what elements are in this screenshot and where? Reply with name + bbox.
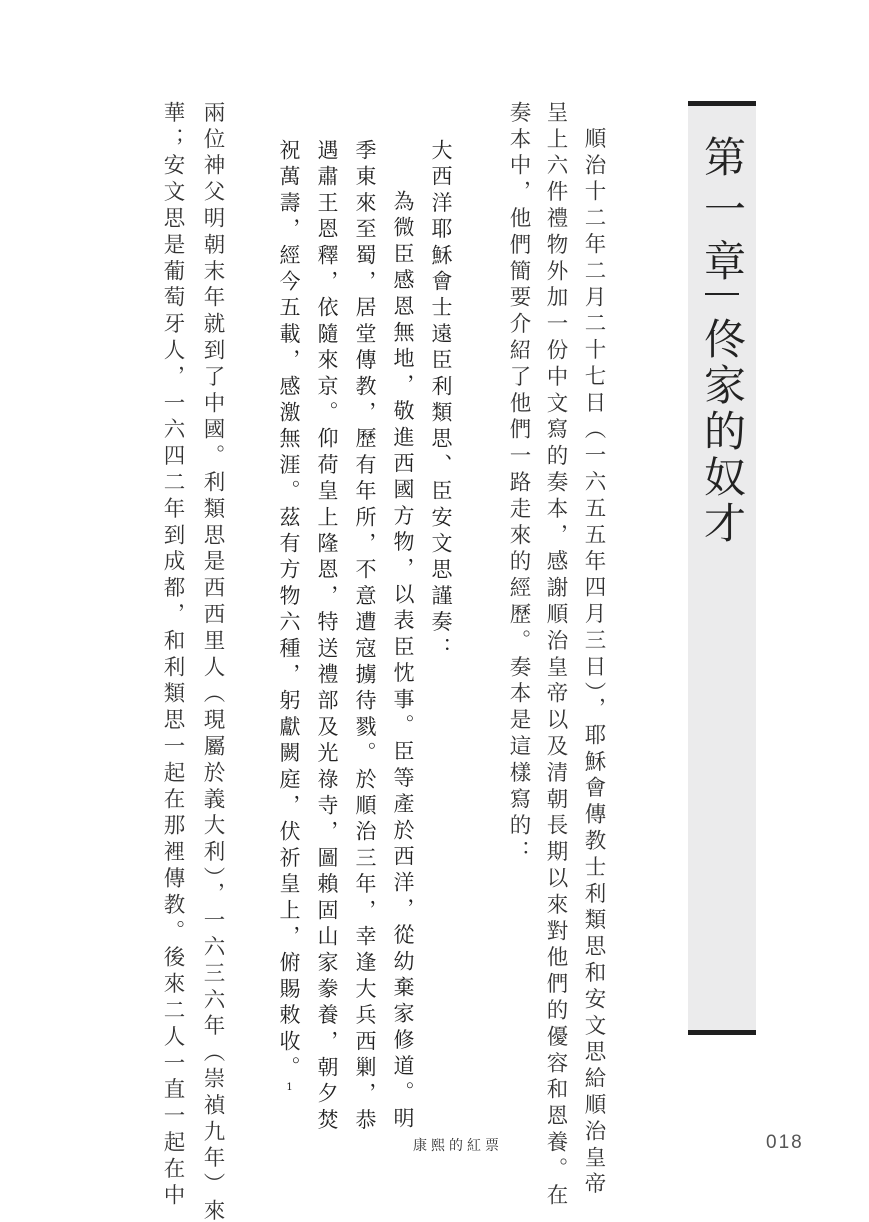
body-paragraph-line-1: 兩位神父明朝末年就到了中國。利類思是西西里人（現屬於義大利），一六三六年（崇禎九… <box>198 101 226 1222</box>
running-footer-book-title: 康熙的紅票 <box>413 1135 503 1155</box>
chapter-top-rule <box>688 101 756 106</box>
memorial-heading-line: 大西洋耶穌會士遠臣利類思、臣安文思謹奏： <box>427 139 455 663</box>
memorial-line-3: 遇肅王恩釋，依隨來京。仰荷皇上隆恩，特送禮部及光祿寺，圖賴固山家豢養，朝夕焚 <box>313 139 341 1135</box>
intro-paragraph-line-3: 奏本中，他們簡要介紹了他們一路走來的經歷。奏本是這樣寫的： <box>504 101 532 867</box>
chapter-title: 佟家的奴才 <box>688 317 756 547</box>
chapter-heading-bar: 第一章 佟家的奴才 <box>688 101 756 1035</box>
page-number: 018 <box>766 1132 804 1154</box>
chapter-bottom-rule <box>688 1030 756 1035</box>
footnote-marker[interactable]: 1 <box>284 1082 295 1093</box>
chapter-divider <box>705 293 739 295</box>
memorial-line-2: 季東來至蜀，居堂傳教，歷有年所，不意遭寇擄待戮。於順治三年，幸逢大兵西剿，恭 <box>351 139 379 1135</box>
body-paragraph-line-2: 華；安文思是葡萄牙人，一六四二年到成都，和利類思一起在那裡傳教。後來二人一直一起… <box>158 101 186 1210</box>
intro-paragraph-line-1: 順治十二年二月二十七日（一六五五年四月三日），耶穌會傳教士利類思和安文思給順治皇… <box>579 127 607 1199</box>
intro-paragraph-line-2: 呈上六件禮物外加一份中文寫的奏本，感謝順治皇帝以及清朝長期以來對他們的優容和恩養… <box>541 101 569 1210</box>
chapter-label: 第一章 <box>688 135 756 291</box>
memorial-line-4-text: 祝萬壽，經今五載，感激無涯。茲有方物六種，躬獻闕庭，伏祈皇上，俯賜敕收。 <box>277 139 301 1082</box>
memorial-line-1: 為微臣感恩無地，敬進西國方物，以表臣忱事。臣等產於西洋，從幼棄家修道。明 <box>389 190 417 1133</box>
memorial-line-4: 祝萬壽，經今五載，感激無涯。茲有方物六種，躬獻闕庭，伏祈皇上，俯賜敕收。1 <box>275 139 303 1093</box>
